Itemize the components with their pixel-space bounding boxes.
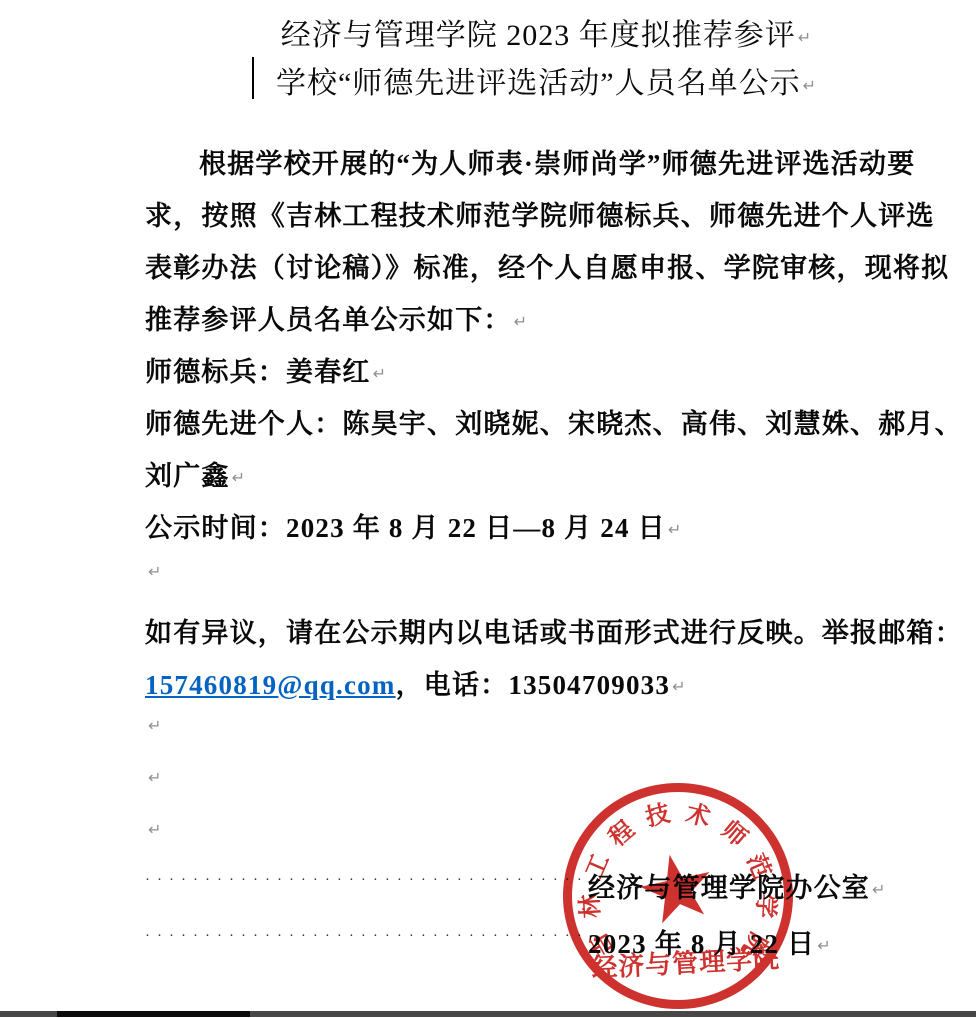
seal-arc-char: 技 bbox=[640, 798, 676, 834]
paragraph-mark: ↵ bbox=[230, 468, 245, 487]
paragraph-mark: ↵ bbox=[670, 677, 685, 696]
advanced-individuals-line2: 刘广鑫↵ bbox=[145, 454, 245, 493]
advanced-individuals-line1: 师德先进个人：陈昊宇、刘晓妮、宋晓杰、高伟、刘慧姝、郝月、 bbox=[145, 402, 963, 441]
model-teacher-line: 师德标兵：姜春红↵ bbox=[145, 350, 386, 389]
seal-arc-char: 程 bbox=[601, 813, 643, 855]
paragraph-mark: ↵ bbox=[815, 936, 830, 955]
signature-date-text: 2023 年 8 月 22 日 bbox=[588, 929, 815, 959]
title-text: 经济与管理学院 2023 年度拟推荐参评 bbox=[281, 19, 796, 52]
signature-office-line: ········································… bbox=[145, 866, 885, 905]
paragraph-mark: ↵ bbox=[870, 880, 885, 899]
document-page: 经济与管理学院 2023 年度拟推荐参评↵ 学校“师德先进评选活动”人员名单公示… bbox=[0, 0, 976, 1018]
paragraph-line: 根据学校开展的“为人师表·崇师尚学”师德先进评选活动要 bbox=[199, 142, 915, 181]
title-text: 学校“师德先进评选活动”人员名单公示 bbox=[276, 67, 801, 100]
scrollbar-thumb[interactable] bbox=[57, 1011, 250, 1017]
paragraph-line: 求，按照《吉林工程技术师范学院师德标兵、师德先进个人评选 bbox=[145, 194, 935, 233]
email-link[interactable]: 157460819@qq.com bbox=[145, 670, 396, 700]
advanced-individuals-text: 刘广鑫 bbox=[145, 461, 230, 491]
empty-paragraph: ↵ bbox=[146, 716, 161, 738]
paragraph-mark: ↵ bbox=[146, 716, 161, 735]
empty-paragraph: ↵ bbox=[146, 562, 161, 584]
paragraph-mark: ↵ bbox=[666, 520, 681, 539]
seal-arc-char: 师 bbox=[713, 813, 755, 855]
dot-leader: ········································… bbox=[145, 928, 588, 950]
paragraph-mark: ↵ bbox=[146, 820, 161, 839]
dot-leader: ········································… bbox=[145, 872, 588, 894]
publicity-period-line: 公示时间：2023 年 8 月 22 日—8 月 24 日↵ bbox=[145, 506, 681, 545]
empty-paragraph: ↵ bbox=[146, 820, 161, 842]
paragraph-mark: ↵ bbox=[371, 364, 386, 383]
empty-paragraph: ↵ bbox=[146, 768, 161, 790]
horizontal-scrollbar[interactable] bbox=[0, 1011, 976, 1017]
objection-notice-line: 如有异议，请在公示期内以电话或书面形式进行反映。举报邮箱： bbox=[145, 611, 963, 650]
model-teacher-text: 师德标兵：姜春红 bbox=[145, 357, 371, 387]
paragraph-text: 推荐参评人员名单公示如下： bbox=[145, 305, 512, 335]
paragraph-line: 推荐参评人员名单公示如下：↵ bbox=[145, 298, 527, 337]
signature-office-text: 经济与管理学院办公室 bbox=[588, 873, 870, 903]
paragraph-line: 表彰办法（讨论稿）》标准，经个人自愿申报、学院审核，现将拟 bbox=[145, 246, 949, 285]
paragraph-mark: ↵ bbox=[146, 768, 161, 787]
document-title-line1: 经济与管理学院 2023 年度拟推荐参评↵ bbox=[145, 10, 947, 54]
paragraph-mark: ↵ bbox=[801, 76, 816, 95]
signature-date-line: ········································… bbox=[145, 922, 831, 961]
phone-text: ，电话：13504709033 bbox=[396, 670, 671, 700]
text-cursor bbox=[252, 57, 254, 99]
publicity-period-text: 公示时间：2023 年 8 月 22 日—8 月 24 日 bbox=[145, 513, 666, 543]
paragraph-mark: ↵ bbox=[146, 562, 161, 581]
contact-line: 157460819@qq.com，电话：13504709033↵ bbox=[145, 663, 685, 702]
paragraph-mark: ↵ bbox=[512, 312, 527, 331]
paragraph-mark: ↵ bbox=[796, 28, 811, 47]
seal-arc-char: 术 bbox=[680, 798, 716, 834]
document-title-line2: 学校“师德先进评选活动”人员名单公示↵ bbox=[145, 58, 947, 102]
